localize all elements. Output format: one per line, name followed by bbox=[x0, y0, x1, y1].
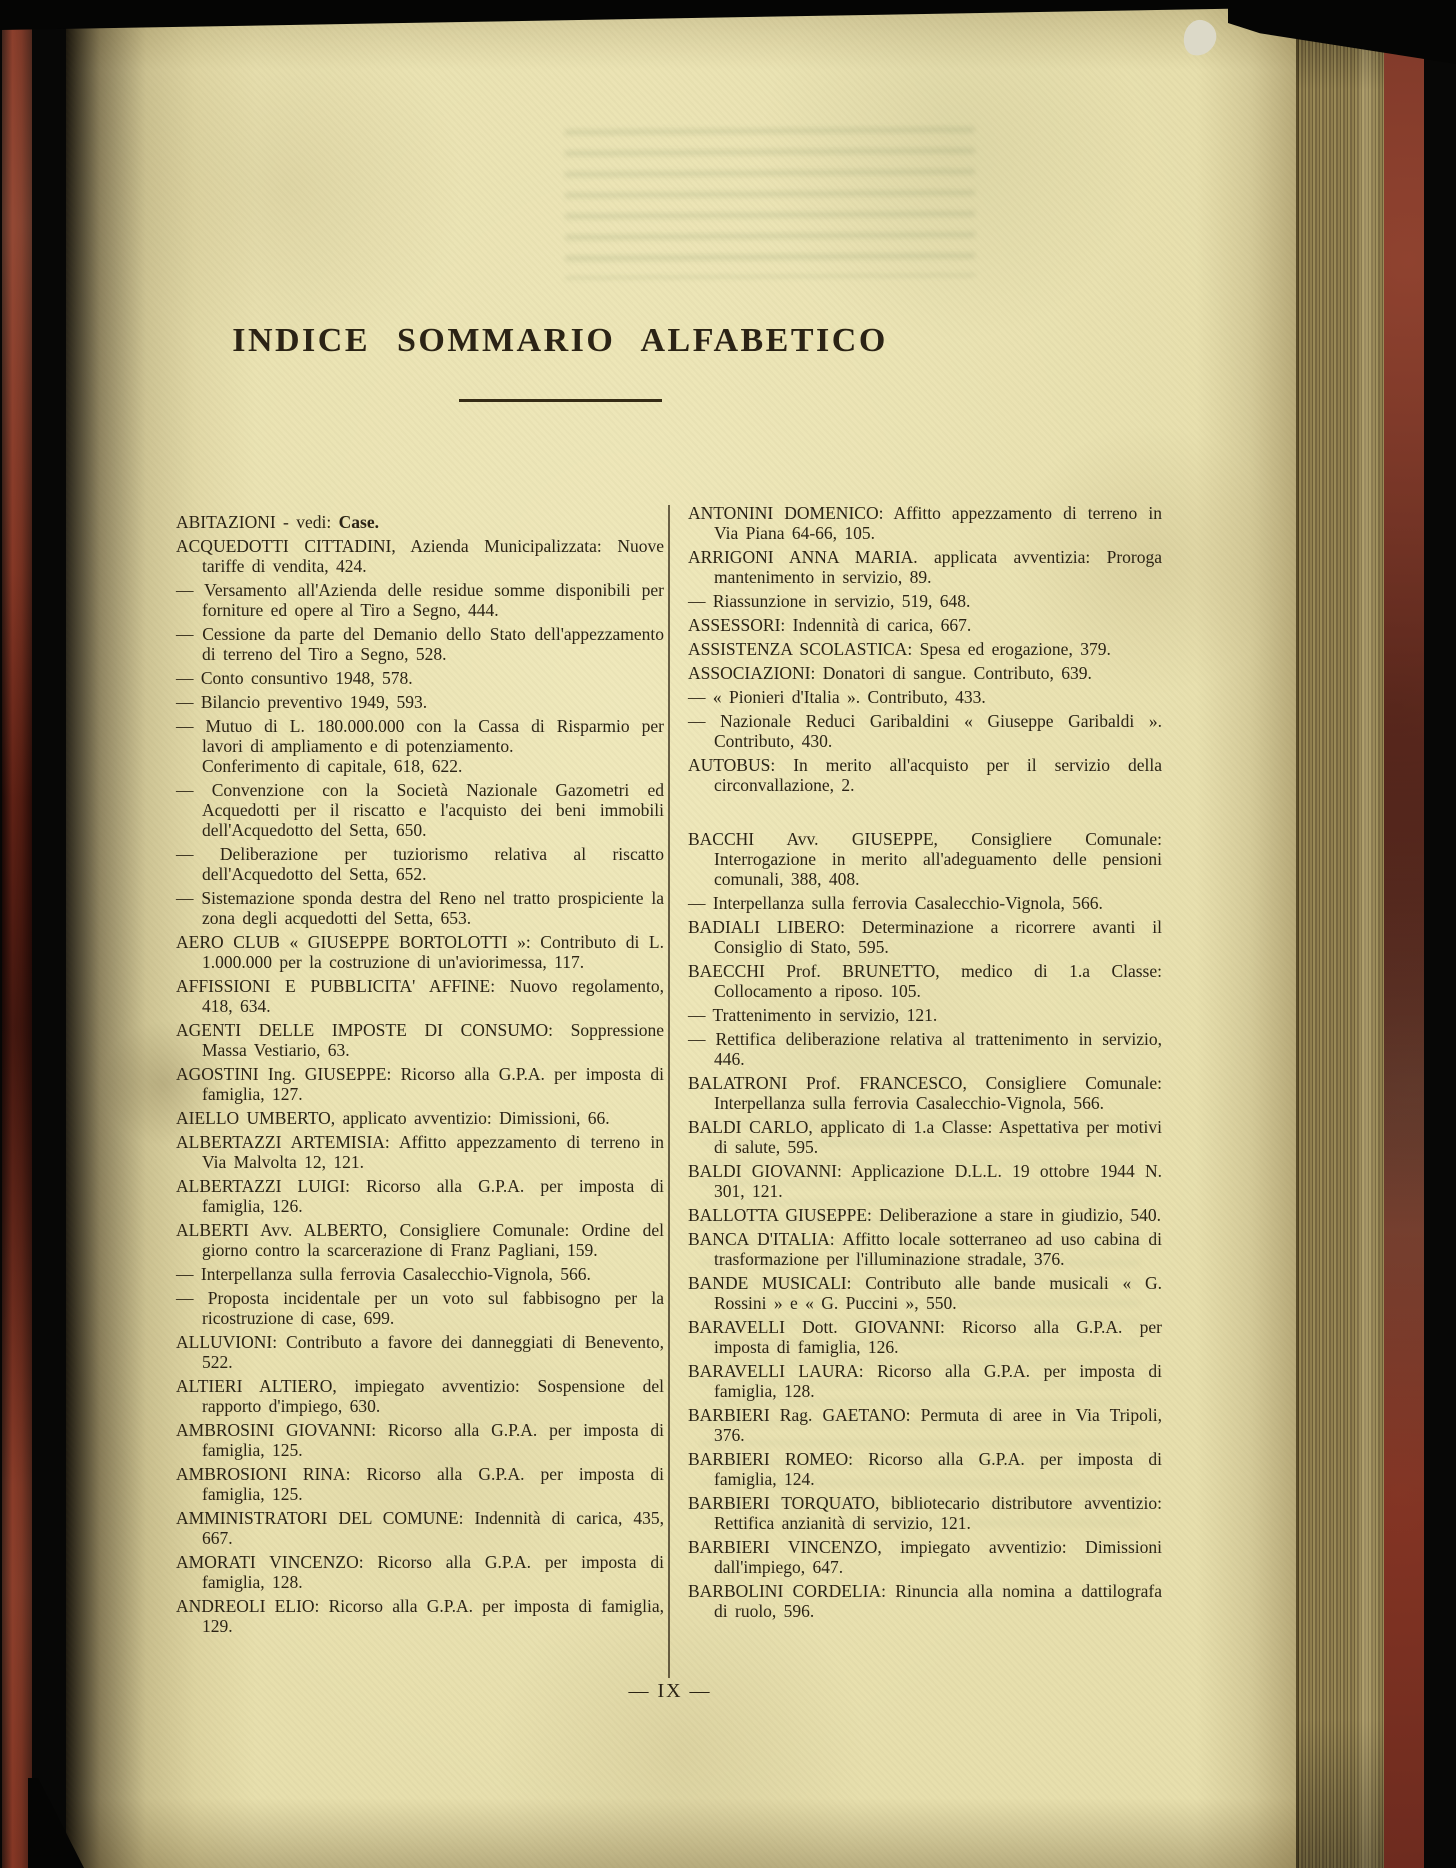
index-entry: ALBERTI Avv. ALBERTO, Consigliere Comuna… bbox=[176, 1220, 664, 1260]
index-entry: ACQUEDOTTI CITTADINI, Azienda Municipali… bbox=[176, 536, 664, 576]
index-entry: BALDI CARLO, applicato di 1.a Classe: As… bbox=[688, 1117, 1162, 1157]
index-entry: ANDREOLI ELIO: Ricorso alla G.P.A. per i… bbox=[176, 1596, 664, 1636]
index-entry: AMORATI VINCENZO: Ricorso alla G.P.A. pe… bbox=[176, 1552, 664, 1592]
page-number: — IX — bbox=[560, 1680, 780, 1703]
index-entry: AMBROSINI GIOVANNI: Ricorso alla G.P.A. … bbox=[176, 1420, 664, 1460]
index-subentry: — Interpellanza sulla ferrovia Casalecch… bbox=[176, 1264, 664, 1284]
index-subentry: — Nazionale Reduci Garibaldini « Giusepp… bbox=[688, 711, 1162, 751]
index-entry: BAECCHI Prof. BRUNETTO, medico di 1.a Cl… bbox=[688, 961, 1162, 1001]
index-column-right: ANTONINI DOMENICO: Affitto appezzamento … bbox=[688, 503, 1162, 1625]
index-entry: ALBERTAZZI LUIGI: Ricorso alla G.P.A. pe… bbox=[176, 1176, 664, 1216]
index-entry: BARBIERI ROMEO: Ricorso alla G.P.A. per … bbox=[688, 1449, 1162, 1489]
index-subentry: — Versamento all'Azienda delle residue s… bbox=[176, 580, 664, 620]
index-subentry: — Cessione da parte del Demanio dello St… bbox=[176, 624, 664, 664]
index-entry: ANTONINI DOMENICO: Affitto appezzamento … bbox=[688, 503, 1162, 543]
index-entry: BALLOTTA GIUSEPPE: Deliberazione a stare… bbox=[688, 1205, 1162, 1225]
index-subentry: — Rettifica deliberazione relativa al tr… bbox=[688, 1029, 1162, 1069]
index-entry: BARBIERI Rag. GAETANO: Permuta di aree i… bbox=[688, 1405, 1162, 1445]
index-entry: AUTOBUS: In merito all'acquisto per il s… bbox=[688, 755, 1162, 795]
index-subentry: — Interpellanza sulla ferrovia Casalecch… bbox=[688, 893, 1162, 913]
book-cover-board bbox=[1384, 0, 1424, 1868]
index-entry: AGENTI DELLE IMPOSTE DI CONSUMO: Soppres… bbox=[176, 1020, 664, 1060]
index-subentry: — « Pionieri d'Italia ». Contributo, 433… bbox=[688, 687, 1162, 707]
page-title: INDICE SOMMARIO ALFABETICO bbox=[160, 322, 960, 359]
index-entry: ASSESSORI: Indennità di carica, 667. bbox=[688, 615, 1162, 635]
book-fore-edge bbox=[1296, 0, 1384, 1868]
index-subentry: — Trattenimento in servizio, 121. bbox=[688, 1005, 1162, 1025]
index-entry: BADIALI LIBERO: Determinazione a ricorre… bbox=[688, 917, 1162, 957]
index-entry: ARRIGONI ANNA MARIA. applicata avventizi… bbox=[688, 547, 1162, 587]
index-subentry: — Convenzione con la Società Nazionale G… bbox=[176, 780, 664, 840]
column-divider bbox=[668, 505, 670, 1678]
index-entry: BANDE MUSICALI: Contributo alle bande mu… bbox=[688, 1273, 1162, 1313]
index-subentry: — Conto consuntivo 1948, 578. bbox=[176, 668, 664, 688]
index-subentry: — Mutuo di L. 180.000.000 con la Cassa d… bbox=[176, 716, 664, 776]
index-entry: AERO CLUB « GIUSEPPE BORTOLOTTI »: Contr… bbox=[176, 932, 664, 972]
index-column-left: ABITAZIONI - vedi: Case.ACQUEDOTTI CITTA… bbox=[176, 512, 664, 1640]
index-entry: ALTIERI ALTIERO, impiegato avventizio: S… bbox=[176, 1376, 664, 1416]
index-entry: AFFISSIONI E PUBBLICITA' AFFINE: Nuovo r… bbox=[176, 976, 664, 1016]
index-subentry: — Sistemazione sponda destra del Reno ne… bbox=[176, 888, 664, 928]
index-entry: BANCA D'ITALIA: Affitto locale sotterran… bbox=[688, 1229, 1162, 1269]
index-subentry: — Bilancio preventivo 1949, 593. bbox=[176, 692, 664, 712]
index-entry: BARBIERI VINCENZO, impiegato avventizio:… bbox=[688, 1537, 1162, 1577]
index-entry: BALATRONI Prof. FRANCESCO, Consigliere C… bbox=[688, 1073, 1162, 1113]
index-entry: ABITAZIONI - vedi: Case. bbox=[176, 512, 664, 532]
index-entry: BARAVELLI LAURA: Ricorso alla G.P.A. per… bbox=[688, 1361, 1162, 1401]
index-entry: AMMINISTRATORI DEL COMUNE: Indennità di … bbox=[176, 1508, 664, 1548]
index-entry: ALLUVIONI: Contributo a favore dei danne… bbox=[176, 1332, 664, 1372]
index-entry: AGOSTINI Ing. GIUSEPPE: Ricorso alla G.P… bbox=[176, 1064, 664, 1104]
index-entry: BARBOLINI CORDELIA: Rinuncia alla nomina… bbox=[688, 1581, 1162, 1621]
index-entry: AMBROSIONI RINA: Ricorso alla G.P.A. per… bbox=[176, 1464, 664, 1504]
index-subentry: — Proposta incidentale per un voto sul f… bbox=[176, 1288, 664, 1328]
index-subentry: — Deliberazione per tuziorismo relativa … bbox=[176, 844, 664, 884]
show-through-text-top bbox=[564, 127, 975, 280]
index-entry: BARBIERI TORQUATO, bibliotecario distrib… bbox=[688, 1493, 1162, 1533]
index-entry: BALDI GIOVANNI: Applicazione D.L.L. 19 o… bbox=[688, 1161, 1162, 1201]
title-rule bbox=[459, 399, 662, 402]
index-entry: BACCHI Avv. GIUSEPPE, Consigliere Comuna… bbox=[688, 829, 1162, 889]
index-entry: AIELLO UMBERTO, applicato avventizio: Di… bbox=[176, 1108, 664, 1128]
book-scan: INDICE SOMMARIO ALFABETICO ABITAZIONI - … bbox=[0, 0, 1456, 1868]
index-entry: ASSISTENZA SCOLASTICA: Spesa ed erogazio… bbox=[688, 639, 1162, 659]
index-entry: ASSOCIAZIONI: Donatori di sangue. Contri… bbox=[688, 663, 1162, 683]
index-entry: BARAVELLI Dott. GIOVANNI: Ricorso alla G… bbox=[688, 1317, 1162, 1357]
book-cover-spine bbox=[2, 0, 32, 1868]
index-entry: ALBERTAZZI ARTEMISIA: Affitto appezzamen… bbox=[176, 1132, 664, 1172]
index-subentry: — Riassunzione in servizio, 519, 648. bbox=[688, 591, 1162, 611]
